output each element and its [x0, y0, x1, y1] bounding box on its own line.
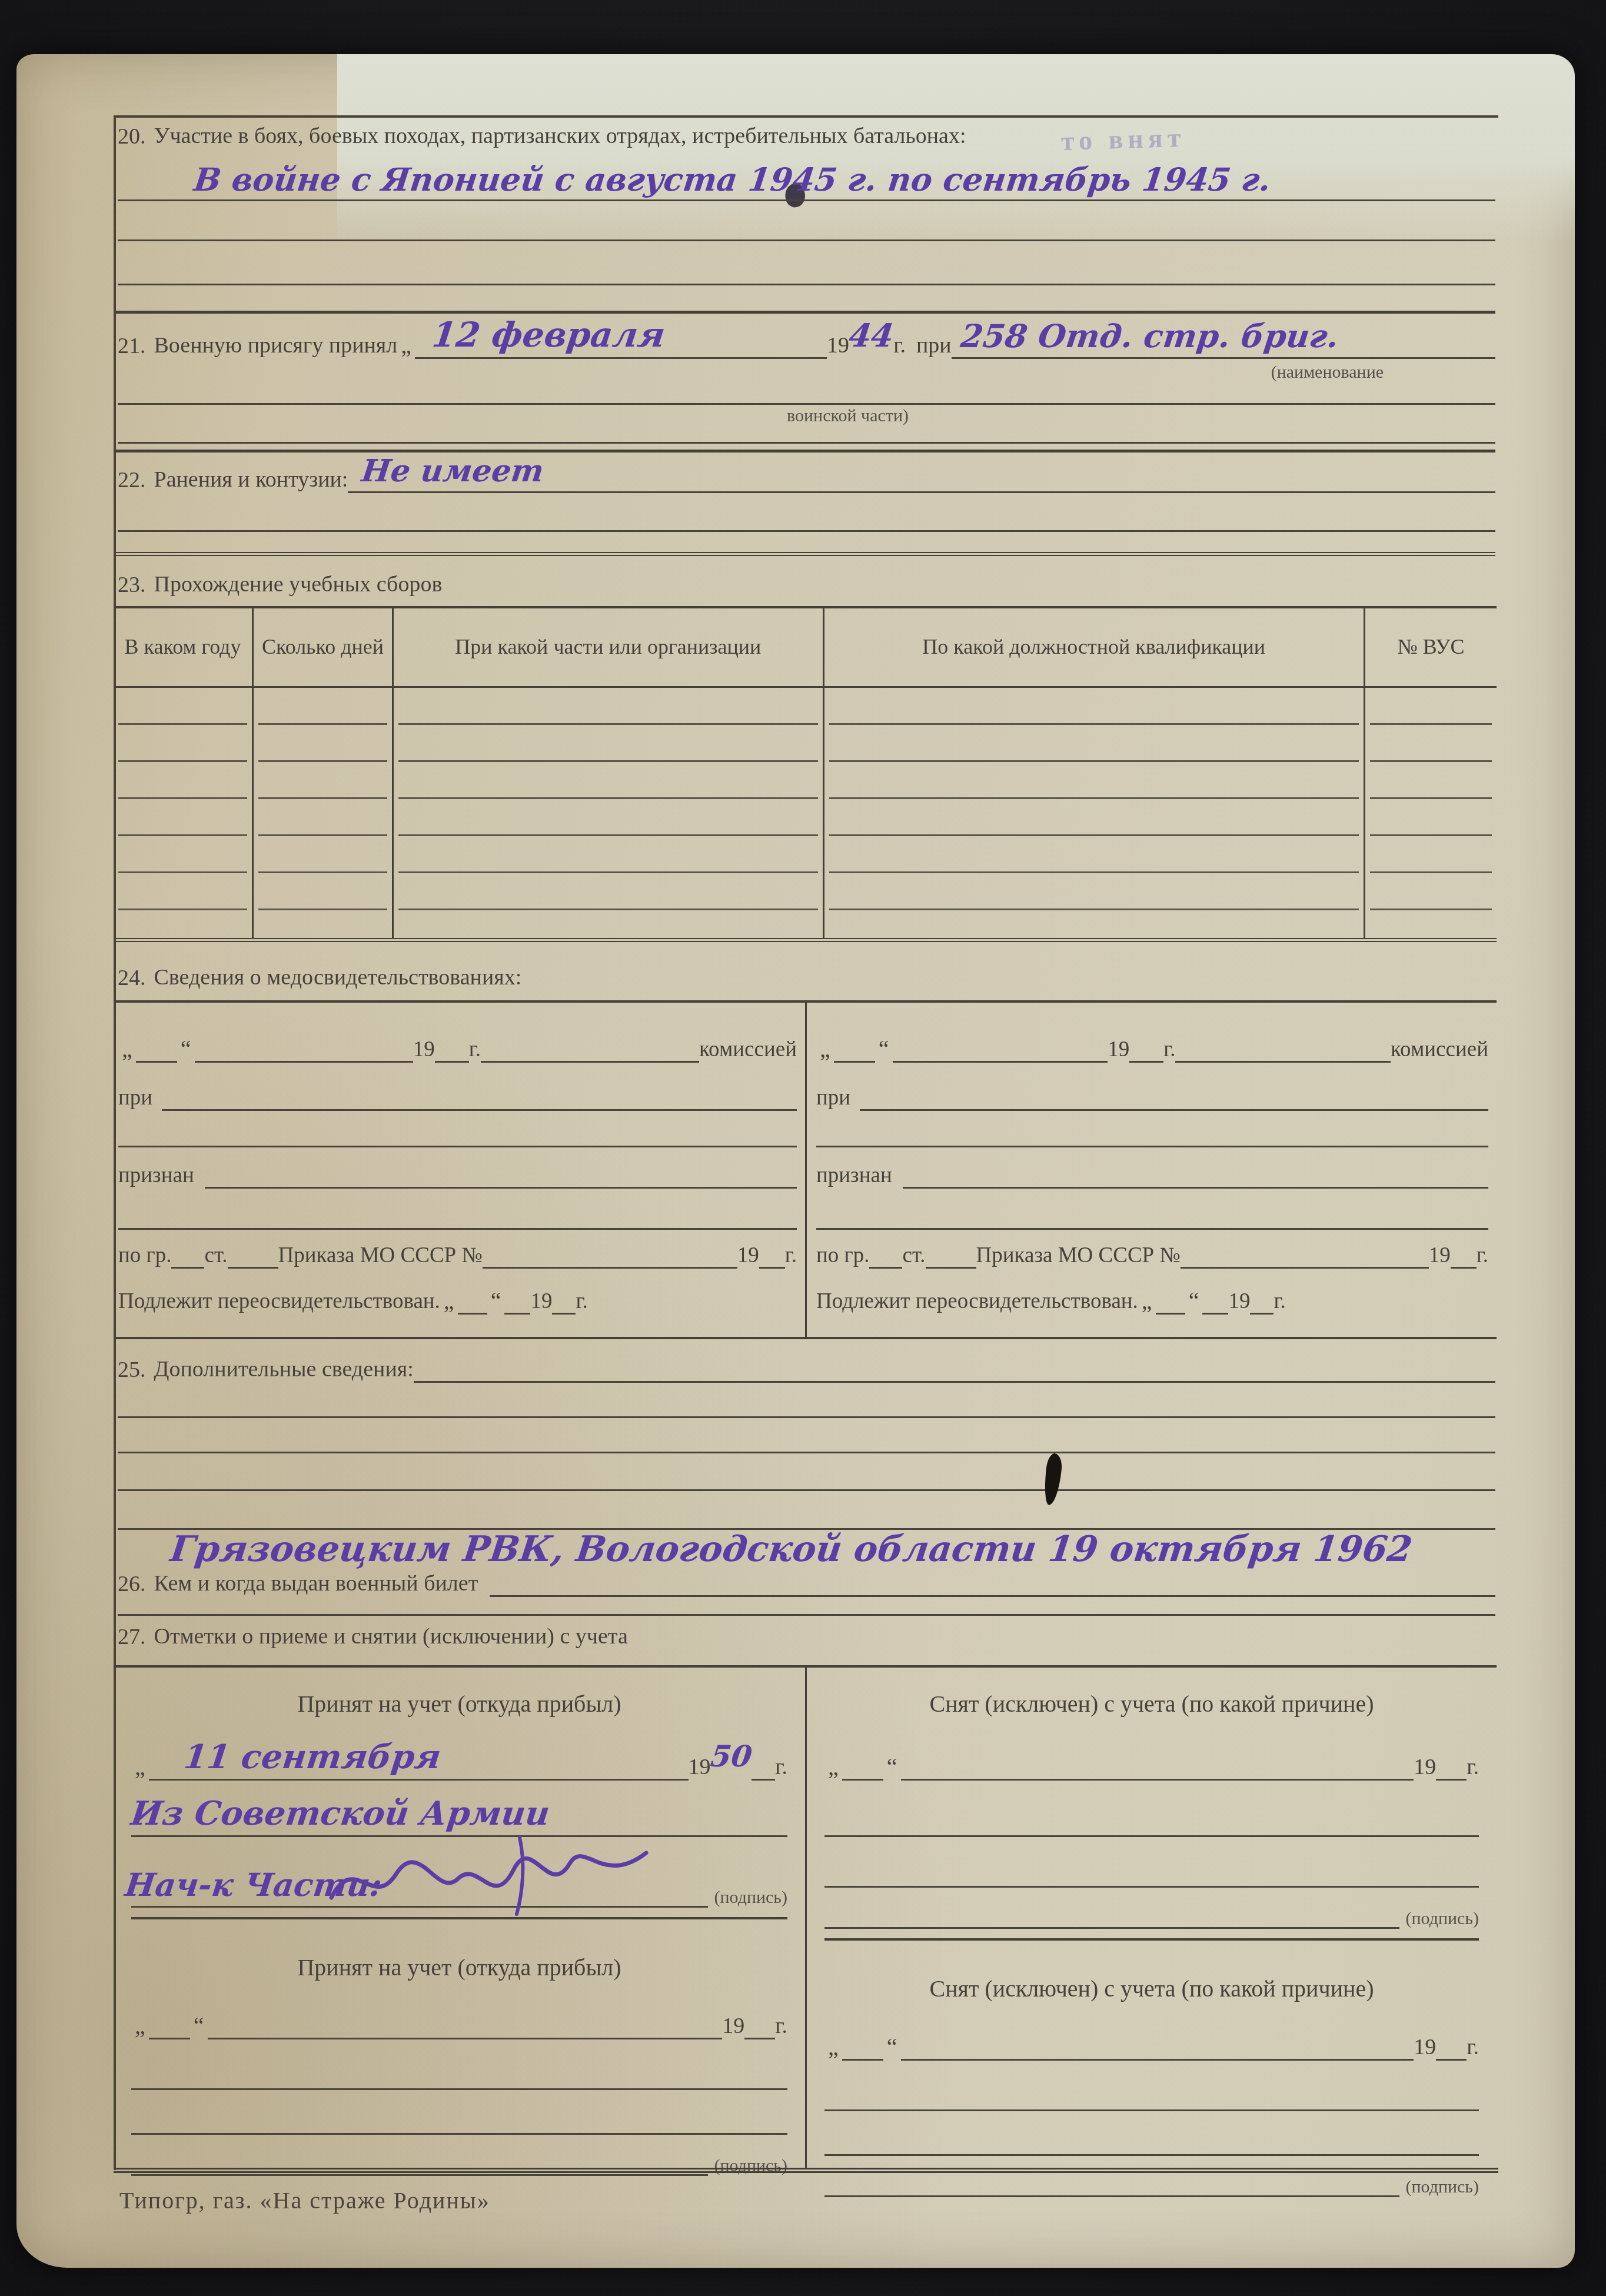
ruled-line: Нач-к Части:	[131, 1901, 708, 1908]
training-camps-table: В каком году Сколько дней При какой част…	[114, 606, 1497, 942]
ruled-line	[398, 836, 818, 873]
handwritten-unit: 258 Отд. стр. бриг.	[959, 317, 1341, 355]
close-quote: “	[190, 2012, 208, 2039]
signature-hint: (подпись)	[1405, 1909, 1479, 1929]
open-quote: „	[397, 331, 415, 359]
ruled-line	[118, 525, 1495, 532]
ruled-line	[834, 1056, 875, 1063]
handwritten-wounds: Не имеет	[360, 453, 546, 489]
med-resurvey-row: Подлежит переосвидетельствован. „ “ 19 г…	[118, 1269, 797, 1315]
at-label: при	[916, 333, 952, 359]
ruled-line	[483, 1262, 737, 1269]
ruled-line	[1370, 836, 1492, 873]
sign-row-2: (подпись)	[824, 2156, 1479, 2197]
section-divider	[115, 552, 1495, 556]
year-g: г.	[1467, 2035, 1479, 2061]
ruled-line	[228, 1262, 278, 1269]
item-22-row: 22. Ранения и контузии: Не имеет	[118, 457, 1495, 493]
ruled-line	[398, 873, 818, 910]
item-24-label: Сведения о медосвидетельствованиях:	[154, 965, 522, 991]
item-24-row: 24. Сведения о медосвидетельствованиях:	[118, 965, 1495, 991]
blank-line-row	[824, 2061, 1479, 2111]
ruled-line	[869, 1262, 902, 1269]
blank-line-row	[118, 202, 1495, 241]
ruled-line	[398, 725, 818, 762]
ruled-line: 11 сентября	[149, 1774, 689, 1781]
ruled-line	[162, 1104, 797, 1111]
column-header: Сколько дней	[254, 608, 392, 688]
signature-hint: (подпись)	[714, 1888, 787, 1908]
item-22-number: 22.	[118, 467, 146, 493]
ruled-line	[118, 398, 1495, 405]
ruled-line	[824, 2191, 1399, 2197]
item-27-label: Отметки о приеме и снятии (исключении) с…	[154, 1624, 628, 1650]
year-g: г.	[893, 333, 906, 359]
printed-19: 19	[1429, 1243, 1451, 1269]
item-25-row: 25. Дополнительные сведения:	[118, 1349, 1495, 1383]
resurvey-label: Подлежит переосвидетельствован.	[816, 1289, 1138, 1315]
removed-column: Снят (исключен) с учета (по какой причин…	[805, 1668, 1497, 2169]
blank-line-row	[118, 1419, 1495, 1453]
ruled-line	[752, 1774, 775, 1781]
ruled-line	[118, 1485, 1495, 1491]
ruled-line	[118, 836, 247, 873]
accepted-date-row: „ 11 сентября 19 50 г.	[131, 1719, 787, 1781]
ruled-line	[1370, 799, 1492, 836]
med-date-row: „ “ 19 г. комиссией	[118, 1013, 797, 1063]
ruled-line	[842, 1774, 883, 1781]
item-21-row: 21. Военную присягу принял „ 12 февраля …	[118, 318, 1495, 359]
ruled-line	[759, 1262, 785, 1269]
blank-line-row	[118, 1455, 1495, 1491]
section-divider	[115, 450, 1495, 452]
printed-19: 19	[722, 2014, 744, 2039]
year-g: г.	[1467, 1755, 1479, 1781]
accepted-header-2: Принят на учет (откуда прибыл)	[131, 1954, 787, 1983]
scanned-military-id-page: { "ghost": "то внят", "i20": { "num": "2…	[0, 0, 1606, 2296]
printed-19: 19	[737, 1243, 759, 1269]
ruled-line	[118, 725, 247, 762]
blank-line-row	[118, 242, 1495, 285]
po-gr-label: по гр.	[118, 1243, 171, 1269]
open-quote: „	[1138, 1287, 1156, 1315]
blank-line-row	[118, 1111, 797, 1147]
ruled-line	[829, 799, 1359, 836]
ruled-line	[824, 2149, 1479, 2156]
item-27-row: 27. Отметки о приеме и снятии (исключени…	[118, 1624, 1495, 1650]
item-23-label: Прохождение учебных сборов	[154, 572, 443, 598]
ruled-line	[504, 1308, 530, 1315]
ruled-line	[118, 1447, 1495, 1453]
removed-date-row-2: „ “ 19 г.	[824, 2004, 1479, 2061]
ruled-line	[458, 1308, 487, 1315]
item-23-number: 23.	[118, 572, 146, 598]
ruled-line	[118, 1609, 1495, 1616]
close-quote: “	[1185, 1287, 1203, 1315]
ruled-line	[398, 762, 818, 799]
ruled-line	[824, 1881, 1479, 1888]
ruled-line	[552, 1308, 576, 1315]
ruled-line	[481, 1056, 699, 1063]
year-g: г.	[775, 1755, 787, 1781]
ruled-line: В войне с Японией с августа 1945 г. по с…	[118, 195, 1495, 201]
ruled-line	[893, 1056, 1108, 1063]
ruled-line	[1181, 1262, 1429, 1269]
recognized-label: признан	[118, 1163, 194, 1189]
table-column: № ВУС	[1365, 608, 1497, 938]
item-20-entry-line: В войне с Японией с августа 1945 г. по с…	[118, 158, 1495, 201]
st-label: ст.	[204, 1243, 227, 1269]
ruled-line	[1370, 725, 1492, 762]
ruled-line	[118, 1412, 1495, 1418]
ruled-line	[118, 1141, 797, 1147]
blank-line-row	[131, 2039, 787, 2090]
ruled-line	[490, 1590, 1495, 1597]
ruled-line	[824, 1831, 1479, 1837]
ruled-line	[1370, 873, 1492, 910]
blank-line-row	[816, 1189, 1488, 1230]
commission-label: комиссией	[1391, 1037, 1488, 1063]
close-quote: “	[875, 1035, 893, 1063]
printed-19: 19	[1228, 1289, 1250, 1315]
table-column: Сколько дней	[254, 608, 394, 938]
ruled-line	[118, 799, 247, 836]
ruled-line	[1129, 1056, 1163, 1063]
item-20-number: 20.	[118, 124, 146, 149]
handwritten-accept-date: 11 сентября	[182, 1738, 443, 1776]
ruled-line	[926, 1262, 976, 1269]
item-23-row: 23. Прохождение учебных сборов	[118, 572, 1495, 598]
ruled-line	[131, 2084, 787, 2090]
printed-19: 19	[1108, 1037, 1129, 1063]
ruled-line	[171, 1262, 204, 1269]
med-column-right: „ “ 19 г. комиссией при признан по гр. с…	[805, 1003, 1497, 1337]
ruled-line	[816, 1141, 1488, 1147]
blank-line-row	[118, 1189, 797, 1230]
ruled-line	[398, 688, 818, 725]
registration-table: Принят на учет (откуда прибыл) „ 11 сент…	[114, 1665, 1497, 2169]
ruled-line	[860, 1104, 1488, 1111]
year-g: г.	[576, 1289, 587, 1315]
close-quote: “	[177, 1035, 195, 1063]
open-quote: „	[131, 1753, 149, 1781]
item-26-number: 26.	[118, 1571, 146, 1597]
ruled-line	[118, 873, 247, 910]
printed-19: 19	[827, 333, 849, 359]
ruled-line	[435, 1056, 469, 1063]
ruled-line	[1202, 1308, 1228, 1315]
open-quote: „	[131, 2012, 149, 2039]
blank-line-row	[816, 1111, 1488, 1147]
column-header: № ВУС	[1365, 608, 1497, 688]
ruled-line	[901, 1774, 1414, 1781]
ruled-line	[205, 1182, 797, 1189]
at-label: при	[816, 1086, 850, 1111]
ruled-line	[829, 762, 1359, 799]
ruled-line	[824, 1922, 1399, 1929]
printed-19: 19	[413, 1037, 435, 1063]
handwritten-oath-year: 44	[847, 317, 896, 354]
close-quote: “	[487, 1287, 505, 1315]
ruled-line	[258, 873, 387, 910]
ruled-line	[842, 2054, 883, 2061]
med-resurvey-row: Подлежит переосвидетельствован. „ “ 19 г…	[816, 1269, 1488, 1315]
ruled-line	[744, 2033, 775, 2039]
blank-line-row	[824, 2111, 1479, 2156]
removed-date-row: „ “ 19 г.	[824, 1719, 1479, 1781]
ruled-line	[258, 762, 387, 799]
printed-19: 19	[689, 1755, 711, 1781]
ruled-line	[258, 799, 387, 836]
blank-line-row	[118, 418, 1495, 444]
year-g: г.	[1163, 1037, 1175, 1063]
blank-line-row	[118, 1493, 1495, 1530]
ruled-line	[829, 725, 1359, 762]
item-22-label: Ранения и контузии:	[154, 467, 348, 493]
handwritten-origin: Из Советской Армии	[129, 1794, 552, 1833]
med-column-left: „ “ 19 г. комиссией при признан по гр. с…	[114, 1003, 805, 1337]
year-g: г.	[785, 1243, 797, 1269]
block-divider	[131, 1917, 787, 1919]
ruled-line	[1175, 1056, 1391, 1063]
open-quote: „	[816, 1035, 834, 1063]
blank-line-row	[118, 1385, 1495, 1418]
removed-header: Снят (исключен) с учета (по какой причин…	[824, 1690, 1479, 1719]
recognized-label: признан	[816, 1163, 892, 1189]
ruled-line: Не имеет	[348, 487, 1495, 493]
block-divider	[824, 1938, 1479, 1941]
column-header: По какой должностной квалификации	[824, 608, 1364, 688]
ruled-line	[118, 688, 247, 725]
ruled-line	[208, 2033, 723, 2039]
med-date-row: „ “ 19 г. комиссией	[816, 1013, 1488, 1063]
handwritten-accept-year: 50	[709, 1739, 754, 1773]
open-quote: „	[440, 1287, 458, 1315]
ruled-line	[258, 836, 387, 873]
removed-header-2: Снят (исключен) с учета (по какой причин…	[824, 1975, 1479, 2004]
ruled-line	[136, 1056, 177, 1063]
paper: то внят 20. Участие в боях, боевых поход…	[16, 54, 1575, 2268]
item-24-number: 24.	[118, 965, 146, 991]
prikaz-label: Приказа МО СССР №	[976, 1243, 1181, 1269]
item-21-number: 21.	[118, 333, 146, 359]
ruled-line	[118, 762, 247, 799]
med-at-row: при	[118, 1063, 797, 1111]
frame-bottom-line	[114, 2168, 1498, 2173]
ruled-line: 258 Отд. стр. бриг.	[952, 352, 1495, 359]
ruled-line	[414, 1376, 1495, 1383]
st-label: ст.	[902, 1243, 925, 1269]
ruled-line	[1436, 1774, 1467, 1781]
close-quote: “	[883, 1753, 901, 1781]
year-g: г.	[469, 1037, 481, 1063]
accepted-header: Принят на учет (откуда прибыл)	[131, 1690, 787, 1719]
blank-line-row	[824, 1781, 1479, 1837]
ruled-line	[1370, 688, 1492, 725]
med-recognized-row: признан	[816, 1147, 1488, 1189]
ruled-line	[118, 279, 1495, 285]
item-25-label: Дополнительные сведения:	[154, 1357, 414, 1383]
blank-line-row	[824, 1837, 1479, 1888]
ruled-line	[816, 1223, 1488, 1230]
med-order-row: по гр. ст. Приказа МО СССР № 19 г.	[816, 1230, 1488, 1269]
unit-hint-1: (наименование	[1271, 362, 1384, 382]
handwritten-item-20: В войне с Японией с августа 1945 г. по с…	[192, 161, 1273, 198]
year-g: г.	[1274, 1289, 1285, 1315]
medical-exams-block: „ “ 19 г. комиссией при признан по гр. с…	[114, 1000, 1497, 1339]
open-quote: „	[824, 2033, 842, 2061]
item-26-label: Кем и когда выдан военный билет	[154, 1571, 478, 1597]
prikaz-label: Приказа МО СССР №	[278, 1243, 483, 1269]
blank-line-row	[118, 494, 1495, 532]
ruled-line	[1156, 1308, 1185, 1315]
printed-19: 19	[1414, 1755, 1436, 1781]
blank-line-row	[118, 381, 1495, 405]
ruled-line	[118, 235, 1495, 241]
resurvey-label: Подлежит переосвидетельствован.	[118, 1289, 440, 1315]
ruled-line	[118, 1223, 797, 1230]
blank-line-row	[131, 2090, 787, 2135]
med-order-row: по гр. ст. Приказа МО СССР № 19 г.	[118, 1230, 797, 1269]
item-20-label: Участие в боях, боевых походах, партизан…	[154, 124, 966, 149]
ruled-line	[829, 873, 1359, 910]
signature-scribble	[325, 1828, 655, 1916]
ruled-line	[1250, 1308, 1274, 1315]
removed-sign-row: (подпись)	[824, 1888, 1479, 1929]
handwritten-oath-date: 12 февраля	[430, 315, 667, 355]
accepted-column: Принят на учет (откуда прибыл) „ 11 сент…	[114, 1668, 805, 2169]
po-gr-label: по гр.	[816, 1243, 869, 1269]
commission-label: комиссией	[699, 1037, 797, 1063]
ruled-line	[1436, 2054, 1467, 2061]
ruled-line	[149, 2033, 190, 2039]
ruled-line	[829, 688, 1359, 725]
table-column: При какой части или организации	[394, 608, 824, 938]
ruled-line	[824, 2105, 1479, 2111]
printed-19: 19	[1414, 2035, 1436, 2061]
open-quote: „	[824, 1753, 842, 1781]
ruled-line	[258, 725, 387, 762]
table-column: По какой должностной квалификации	[824, 608, 1366, 938]
ruled-line	[258, 688, 387, 725]
at-label: при	[118, 1086, 152, 1111]
signature-hint: (подпись)	[1405, 2177, 1479, 2197]
item-21-label: Военную присягу принял	[154, 333, 398, 359]
close-quote: “	[883, 2033, 901, 2061]
ruled-line: 12 февраля	[415, 352, 827, 359]
ruled-line	[195, 1056, 413, 1063]
year-g: г.	[775, 2014, 787, 2039]
item-27-number: 27.	[118, 1624, 146, 1650]
item-25-number: 25.	[118, 1357, 146, 1383]
footer-imprint: Типогр, газ. «На страже Родины»	[119, 2187, 490, 2214]
item-26-entry-row: Грязовецким РВК, Вологодской области 19 …	[118, 1525, 1495, 1566]
accepted-sign-row: Нач-к Части: (подпись)	[131, 1837, 787, 1908]
item-26-row: 26. Кем и когда выдан военный билет	[118, 1564, 1495, 1597]
accepted-date-row-2: „ “ 19 г.	[131, 1983, 787, 2039]
ruled-line	[398, 799, 818, 836]
open-quote: „	[118, 1035, 136, 1063]
column-header: При какой части или организации	[394, 608, 823, 688]
item-20-row: 20. Участие в боях, боевых походах, парт…	[118, 124, 1495, 149]
ruled-line	[1451, 1262, 1477, 1269]
ruled-line	[901, 2054, 1414, 2061]
ruled-line	[118, 437, 1495, 444]
table-column: В каком году	[114, 608, 254, 938]
year-g: г.	[1477, 1243, 1488, 1269]
printed-19: 19	[530, 1289, 552, 1315]
med-recognized-row: признан	[118, 1147, 797, 1189]
ruled-line	[829, 836, 1359, 873]
ruled-line	[131, 2128, 787, 2135]
section-divider	[115, 311, 1495, 314]
column-header: В каком году	[114, 608, 252, 688]
hint-row: (наименование	[118, 361, 1495, 382]
med-at-row: при	[816, 1063, 1488, 1111]
ruled-line	[903, 1182, 1488, 1189]
ruled-line	[1370, 762, 1492, 799]
blank-line-row	[118, 1599, 1495, 1616]
